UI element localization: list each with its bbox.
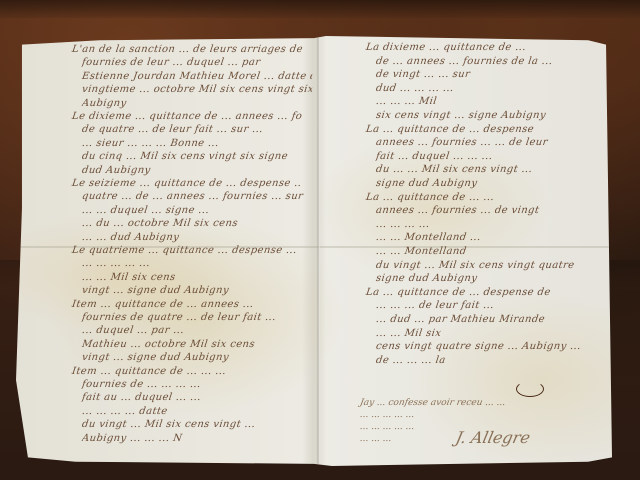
manuscript-line: Item ... quittance de ... ... ... xyxy=(71,366,303,377)
manuscript-line: de ... ... ... la xyxy=(375,355,609,366)
manuscript-line: fait ... duquel ... ... ... xyxy=(375,151,609,162)
manuscript-line: cens vingt quatre signe ... Aubigny ... xyxy=(375,341,609,352)
manuscript-line: fournies de quatre ... de leur fait ... xyxy=(81,312,313,323)
manuscript-line: fournies de leur ... duquel ... par xyxy=(81,57,313,68)
manuscript-line: fait au ... duquel ... ... xyxy=(81,392,313,403)
ink-flourish xyxy=(516,381,544,397)
manuscript-line: du vingt ... Mil six cens vingt ... xyxy=(81,419,313,430)
manuscript-line: ... duquel ... par ... xyxy=(81,325,313,336)
manuscript-line: ... ... Montelland xyxy=(375,246,609,257)
manuscript-line: du cinq ... Mil six cens vingt six signe xyxy=(81,151,313,162)
signature: J. Allegre xyxy=(454,428,532,447)
manuscript-line: ... ... ... Mil xyxy=(375,96,609,107)
manuscript-line: dud Aubigny xyxy=(81,165,313,176)
manuscript-line: signe dud Aubigny xyxy=(375,178,609,189)
manuscript-line: de quatre ... de leur fait ... sur ... xyxy=(81,124,313,135)
manuscript-line: La ... quittance de ... despense xyxy=(365,124,599,135)
manuscript-line: signe dud Aubigny xyxy=(375,273,609,284)
receipt-line: Jay ... confesse avoir receu ... ... xyxy=(359,398,506,408)
manuscript-line: Le seizieme ... quittance de ... despens… xyxy=(71,178,303,189)
manuscript-line: ... ... ... ... datte xyxy=(81,406,313,417)
manuscript-line: ... ... Mil six cens xyxy=(81,272,313,283)
manuscript-line: Aubigny xyxy=(81,98,313,109)
manuscript-line: Mathieu ... octobre Mil six cens xyxy=(81,339,313,350)
manuscript-line: Estienne Jourdan Mathieu Morel ... datte… xyxy=(81,71,313,82)
manuscript-line: ... du ... octobre Mil six cens xyxy=(81,218,313,229)
receipt-line: ... ... ... ... ... xyxy=(359,422,415,432)
manuscript-line: ... ... ... ... xyxy=(375,219,609,230)
manuscript-line: L'an de la sanction ... de leurs arriage… xyxy=(71,44,303,55)
manuscript-line: fournies de ... ... ... ... xyxy=(81,379,313,390)
manuscript-line: ... ... dud Aubigny xyxy=(81,232,313,243)
manuscript-line: du vingt ... Mil six cens vingt quatre xyxy=(375,260,609,271)
manuscript-line: annees ... fournies ... ... de leur xyxy=(375,137,609,148)
manuscript-paper: L'an de la sanction ... de leurs arriage… xyxy=(16,36,612,466)
manuscript-line: La ... quittance de ... ... xyxy=(365,192,599,203)
left-page: L'an de la sanction ... de leurs arriage… xyxy=(16,36,316,466)
manuscript-line: annees ... fournies ... de vingt xyxy=(375,205,609,216)
manuscript-line: dud ... ... ... ... xyxy=(375,83,609,94)
wood-grain-top xyxy=(0,0,640,18)
manuscript-line: vingtieme ... octobre Mil six cens vingt… xyxy=(81,84,313,95)
manuscript-line: vingt ... signe dud Aubigny xyxy=(81,352,313,363)
manuscript-line: du ... ... Mil six cens vingt ... xyxy=(375,164,609,175)
manuscript-line: Le quatrieme ... quittance ... despense … xyxy=(71,245,303,256)
manuscript-line: ... ... Montelland ... xyxy=(375,232,609,243)
manuscript-line: La dixieme ... quittance de ... xyxy=(365,42,599,53)
manuscript-line: vingt ... signe dud Aubigny xyxy=(81,285,313,296)
manuscript-line: Aubigny ... ... ... N xyxy=(81,433,313,444)
manuscript-line: Le dixieme ... quittance de ... annees .… xyxy=(71,111,303,122)
manuscript-line: ... ... duquel ... signe ... xyxy=(81,205,313,216)
receipt-line: ... ... ... ... ... xyxy=(359,410,415,420)
manuscript-line: ... ... Mil six xyxy=(375,328,609,339)
manuscript-line: ... sieur ... ... ... Bonne ... xyxy=(81,138,313,149)
right-page: La dixieme ... quittance de ...de ... an… xyxy=(320,36,612,466)
manuscript-line: La ... quittance de ... despense de xyxy=(365,287,599,298)
manuscript-line: de vingt ... ... sur xyxy=(375,69,609,80)
manuscript-line: Item ... quittance de ... annees ... xyxy=(71,299,303,310)
manuscript-line: quatre ... de ... annees ... fournies ..… xyxy=(81,191,313,202)
manuscript-line: de ... annees ... fournies de la ... xyxy=(375,56,609,67)
manuscript-line: ... ... ... ... ... xyxy=(81,258,313,269)
manuscript-line: ... ... ... de leur fait ... xyxy=(375,300,609,311)
manuscript-line: ... dud ... par Mathieu Mirande xyxy=(375,314,609,325)
receipt-line: ... ... ... xyxy=(359,434,392,444)
manuscript-line: six cens vingt ... signe Aubigny xyxy=(375,110,609,121)
